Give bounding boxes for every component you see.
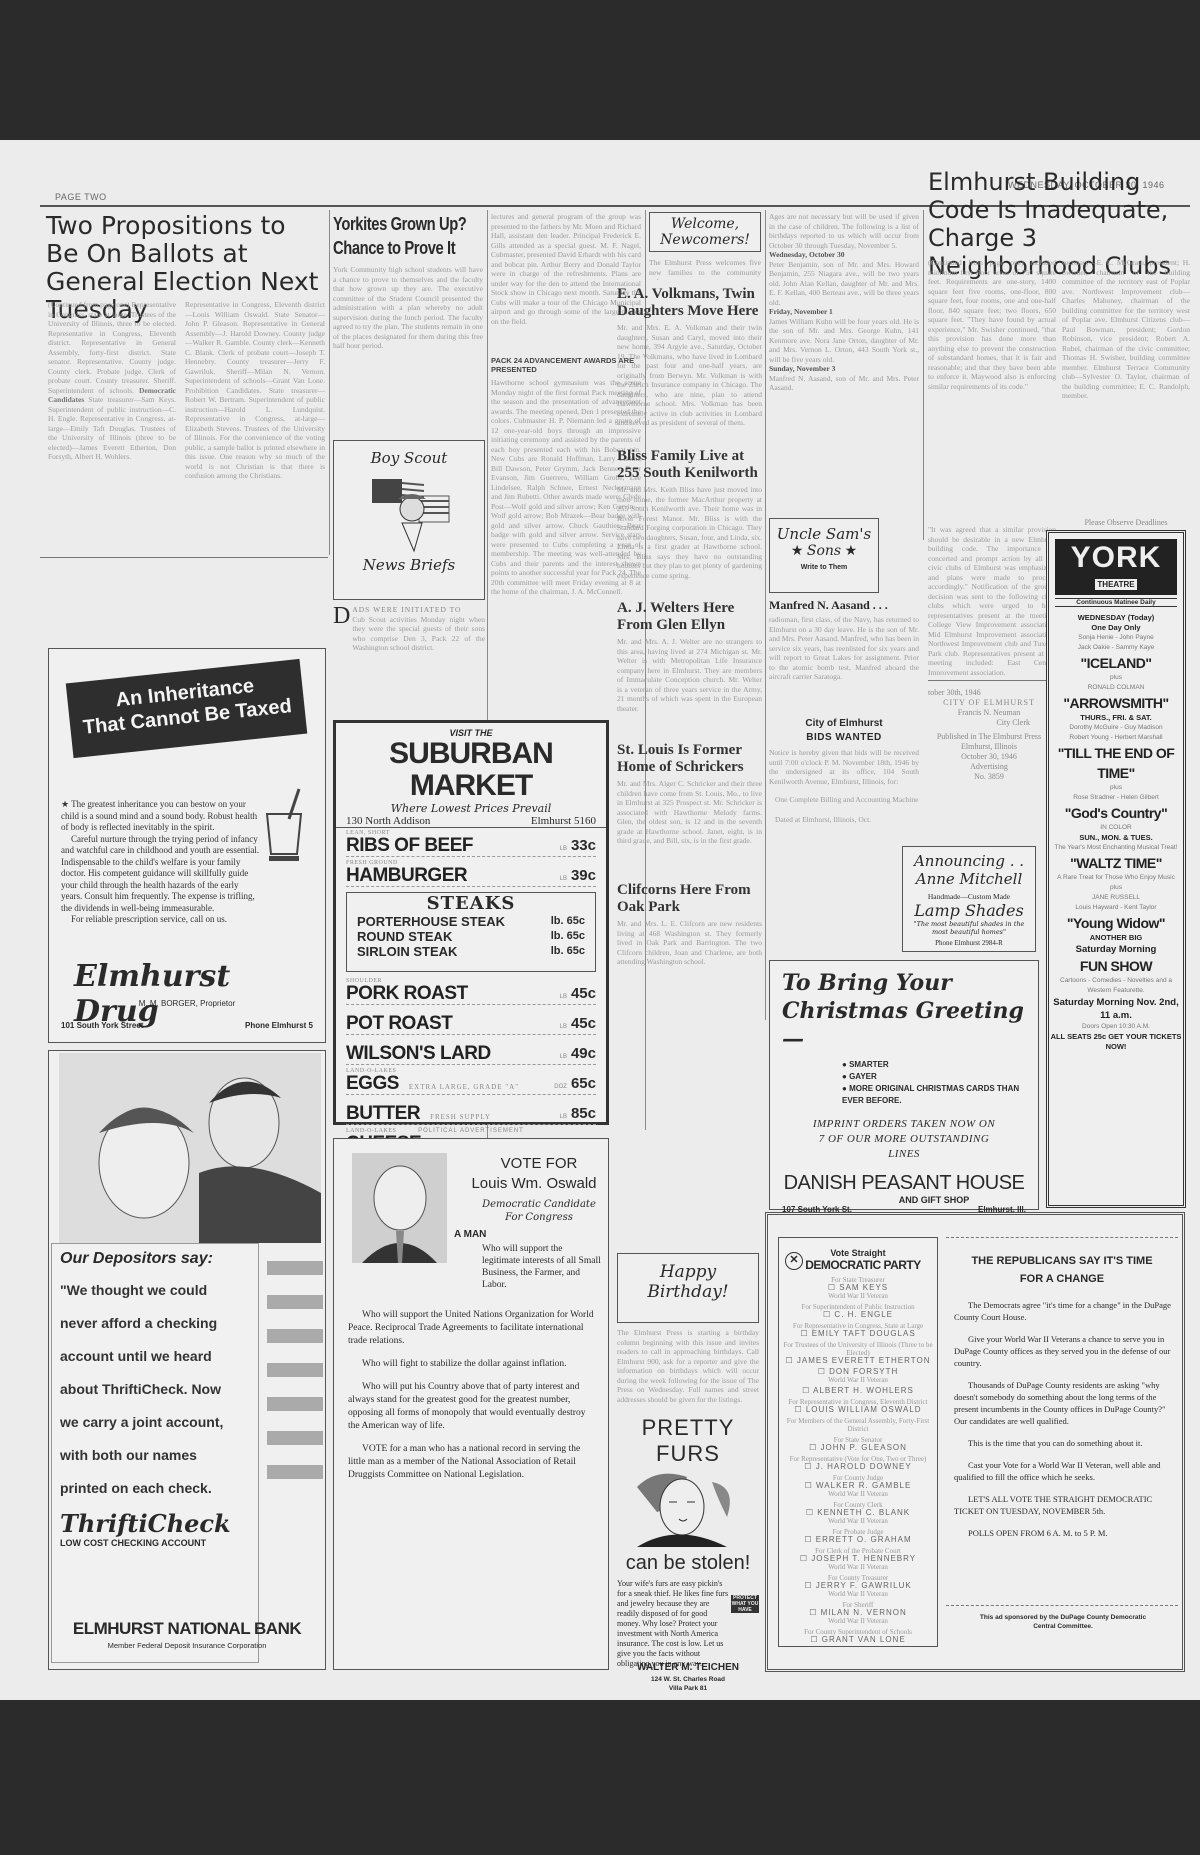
york-name: YORK: [1071, 541, 1162, 574]
page-label: PAGE TWO: [55, 192, 107, 202]
welcome-intro: The Elmhurst Press welcomes five new fam…: [649, 258, 761, 280]
bids-title: BIDS WANTED: [769, 732, 919, 743]
thrifticheck-logo: ThriftiCheck: [60, 1509, 250, 1538]
danish-imprint: IMPRINT ORDERS TAKEN NOW ON 7 OF OUR MOR…: [810, 1117, 998, 1162]
york-listing-line: "ARROWSMITH": [1049, 693, 1183, 713]
vote-straight: Vote Straight: [779, 1248, 937, 1258]
market-tagline: Where Lowest Prices Prevail: [336, 802, 606, 815]
york-listing-line: Louis Hayward - Kent Taylor: [1049, 903, 1183, 913]
ballot-x-circle-icon: ✕: [785, 1252, 803, 1270]
oswald-first: Who will support the legitimate interest…: [482, 1243, 602, 1291]
bullet-icon: ●: [842, 1072, 849, 1081]
market-item: WILSON'S LARDLB49c: [346, 1038, 596, 1065]
uncle-sam-body: radioman, first class, of the Navy, has …: [769, 615, 919, 710]
boy-scout-article: D ADS WERE INITIATED TO Cub Scout activi…: [333, 605, 485, 660]
oswald-office: For Congress: [474, 1212, 604, 1223]
danish-peasant-ad: To Bring Your Christmas Greeting — ● SMA…: [769, 960, 1039, 1210]
york-listing-line: plus: [1049, 673, 1183, 683]
york-listing-line: One Day Only: [1049, 623, 1183, 633]
propositions-body-col2: Representative in Congress, Eleventh dis…: [185, 300, 325, 555]
york-theatre-ad: YORK THEATRE Continuous Matinee Daily WE…: [1046, 530, 1186, 1208]
york-logo: YORK THEATRE: [1055, 539, 1177, 595]
york-listing-line: JANE RUSSELL: [1049, 893, 1183, 903]
inheritance-banner: An Inheritance That Cannot Be Taxed: [66, 659, 308, 758]
handmade: Handmade—Custom Made: [903, 892, 1035, 901]
political-ad-label: POLITICAL ADVERTISEMENT: [333, 1128, 609, 1134]
york-listing-line: "God's Country": [1049, 803, 1183, 823]
market-item: LEAN, SHORTRIBS OF BEEFLB33c: [346, 830, 596, 857]
furs-tagline: can be stolen!: [617, 1552, 759, 1575]
york-listing-line: "WALTZ TIME": [1049, 853, 1183, 873]
boy-scout-title: Boy Scout: [334, 449, 484, 467]
clifcorns-headline: Clifcorns Here From Oak Park: [617, 882, 767, 916]
york-listing-line: "TILL THE END OF TIME": [1049, 743, 1183, 783]
depositors-quote: "We thought we couldnever afford a check…: [60, 1274, 250, 1505]
ballot-entry: For Members of the General Assembly, For…: [779, 1417, 937, 1433]
birthdays-list: Ages are not necessary but will be used …: [769, 212, 919, 512]
boy-scout-box: Boy Scout News Briefs: [333, 440, 485, 600]
welcome-title: Welcome,: [650, 216, 760, 232]
drug-phone: Phone Elmhurst 5: [245, 1021, 313, 1030]
york-listing-line: Cartoons - Comedies - Novelties and a We…: [1049, 976, 1183, 996]
ballot-entries: For State Treasurer☐ SAM KEYSWorld War I…: [779, 1276, 937, 1644]
ballot-entry: For Representative (Vote for One, Two or…: [779, 1455, 937, 1471]
candidate-photo: [352, 1153, 447, 1263]
market-items: LEAN, SHORTRIBS OF BEEFLB33cFRESH GROUND…: [336, 828, 606, 1188]
propositions-body-col1: (Continued from page one) Representative…: [48, 300, 176, 555]
welters-body: Mr. and Mrs. A. J. Welter are no strange…: [617, 637, 762, 737]
york-listing-line: RONALD COLMAN: [1049, 683, 1183, 693]
republicans-head2: FOR A CHANGE: [946, 1273, 1178, 1285]
bliss-headline: Bliss Family Live at 255 South Kenilwort…: [617, 448, 767, 482]
steak-item: SIRLOIN STEAKlb. 65c: [347, 944, 595, 959]
section-rule: [40, 557, 328, 558]
welcome-subtitle: Newcomers!: [650, 232, 760, 248]
york-listing-line: The Year's Most Enchanting Musical Treat…: [1049, 843, 1183, 853]
uncle-sam-write: Write to Them: [770, 564, 878, 571]
ballot-entry: For Representative in Congress, Eleventh…: [779, 1398, 937, 1414]
republicans-head: THE REPUBLICANS SAY IT'S TIME: [946, 1255, 1178, 1267]
york-banner: Continuous Matinee Daily: [1055, 598, 1177, 607]
bank-name: ELMHURST NATIONAL BANK: [49, 1619, 325, 1639]
volkmans-body: Mr. and Mrs. E. A. Volkman and their twi…: [617, 323, 762, 443]
happy-birthday-body: The Elmhurst Press is starting a birthda…: [617, 1328, 759, 1408]
a-man: A MAN: [454, 1229, 486, 1240]
market-address: 130 North Addison: [346, 815, 430, 827]
york-listing-line: WEDNESDAY (Today): [1049, 613, 1183, 623]
york-listing-line: FUN SHOW: [1049, 956, 1183, 976]
ballot-entry: For County Treasurer☐ JERRY F. GAWRILUKW…: [779, 1574, 937, 1598]
steaks-box: STEAKSPORTERHOUSE STEAKlb. 65cROUND STEA…: [346, 892, 596, 972]
divider: [946, 1237, 1178, 1238]
york-listing-line: Saturday Morning Nov. 2nd, 11 a.m.: [1049, 996, 1183, 1022]
welcome-box: Welcome, Newcomers!: [649, 212, 761, 252]
market-address-row: 130 North AddisonElmhurst 5160: [336, 815, 606, 828]
bliss-body: Mr. and Mrs. Keith Bliss have just moved…: [617, 485, 762, 595]
deadlines-notice: Please Observe Deadlines: [1062, 518, 1190, 527]
pretty-furs-ad: PRETTY FURS can be stolen! Your wife's f…: [617, 1415, 759, 1655]
boy-scout-subtitle: News Briefs: [334, 556, 484, 574]
schrickers-headline: St. Louis Is Former Home of Schrickers: [617, 742, 767, 776]
scout-flag-illustration-icon: [364, 471, 454, 556]
market-name: SUBURBAN MARKET: [336, 738, 606, 802]
thrifticheck-tag: LOW COST CHECKING ACCOUNT: [60, 1538, 250, 1548]
york-listing-line: Dorothy McGuire - Guy Madison: [1049, 723, 1183, 733]
depositors-heading: Our Depositors say:: [60, 1250, 250, 1268]
volkmans-headline: E. A. Volkmans, Twin Daughters Move Here: [617, 286, 767, 320]
furs-agent: WALTER M. TEICHEN: [617, 1662, 759, 1673]
bids-item: One Complete Billing and Accounting Mach…: [775, 795, 920, 815]
york-listing-line: "ICELAND": [1049, 653, 1183, 673]
democratic-party-title: DEMOCRATIC PARTY: [789, 1258, 937, 1272]
christmas-headline: To Bring Your Christmas Greeting —: [782, 969, 1038, 1053]
furs-body: Your wife's furs are easy pickin's for a…: [617, 1579, 759, 1669]
anne-mitchell-ad: Announcing . . Anne Mitchell Handmade—Cu…: [902, 846, 1036, 952]
danish-bullets: ● SMARTER ● GAYER ● MORE ORIGINAL CHRIST…: [842, 1059, 1038, 1107]
york-listing-line: ANOTHER BIG: [1049, 933, 1183, 943]
uncle-sam-subtitle-row: ★ Sons ★: [770, 543, 878, 560]
fdic-member: Member Federal Deposit Insurance Corpora…: [89, 1641, 285, 1650]
inheritance-ad: An Inheritance That Cannot Be Taxed ★ Th…: [48, 648, 326, 1043]
market-item: BUTTERFRESH SUPPLYLB85c: [346, 1098, 596, 1125]
star-icon: ★: [791, 544, 807, 559]
ballot-entry: For State Treasurer☐ SAM KEYSWorld War I…: [779, 1276, 937, 1300]
york-sub: THEATRE: [1095, 579, 1136, 590]
suburban-market-ad: VISIT THE SUBURBAN MARKET Where Lowest P…: [333, 720, 609, 1125]
building-code-body-col1: (Continued from page one) included minim…: [928, 258, 1056, 518]
market-item: FRESH GROUNDHAMBURGERLB39c: [346, 860, 596, 887]
ballot-entry: ☐ ALBERT H. WOHLERS: [779, 1387, 937, 1395]
ballot-entry: ☐ DON FORSYTHWorld War II Veteran: [779, 1368, 937, 1384]
drug-address: 101 South York Street: [61, 1021, 143, 1030]
uncle-sams-sons-box: Uncle Sam's ★ Sons ★ Write to Them: [769, 518, 879, 593]
market-item: SHOULDERPORK ROASTLB45c: [346, 978, 596, 1005]
happy-birthday-box: Happy Birthday!: [617, 1253, 759, 1323]
ballot-entry: For Trustees of the University of Illino…: [779, 1341, 937, 1365]
bids-dated: Dated at Elmhurst, Illinois, Oct.: [775, 815, 920, 825]
divider: [946, 1605, 1178, 1606]
elmhurst-drug-logo: Elmhurst Drug: [74, 959, 325, 1029]
oswald-ad: VOTE FOR Louis Wm. Oswald Democratic Can…: [333, 1138, 609, 1670]
star-icon: ★: [841, 544, 857, 559]
ballot-entry: For Probate Judge☐ ERRETT O. GRAHAM: [779, 1528, 937, 1544]
newspaper-page: PAGE TWO WEDNESDAY, OCTOBER 30, 1946 Two…: [0, 140, 1200, 1700]
market-phone: Elmhurst 5160: [531, 815, 596, 827]
market-item: POT ROASTLB45c: [346, 1008, 596, 1035]
woman-in-furs-illustration-icon: [617, 1467, 757, 1547]
york-listings: WEDNESDAY (Today)One Day OnlySonja Henie…: [1049, 613, 1183, 1052]
building-code-body-col2: secretary—E. L. McGrath, president; H. S…: [1062, 258, 1190, 518]
york-listing-line: IN COLOR: [1049, 823, 1183, 833]
inheritance-body: ★ The greatest inheritance you can besto…: [61, 799, 261, 926]
birthday: Birthday!: [618, 1282, 758, 1302]
bullet-icon: ●: [842, 1060, 849, 1069]
sample-ballot: ✕ Vote Straight DEMOCRATIC PARTY For Sta…: [778, 1237, 938, 1647]
mortar-pestle-icon: [259, 784, 309, 874]
ballot-entry: For Superintendent of Public Instruction…: [779, 1303, 937, 1319]
schrickers-body: Mr. and Mrs. Alger C. Schricker and thei…: [617, 779, 762, 879]
bids-city: City of Elmhurst: [769, 718, 919, 729]
york-listing-line: A Rare Treat for Those Who Enjoy Music: [1049, 873, 1183, 883]
couple-photo: [59, 1053, 321, 1243]
yorkites-body: York Community high school students will…: [333, 265, 483, 430]
legal-notice: tober 30th, 1946 CITY OF ELMHURST Franci…: [928, 688, 1050, 782]
clifcorns-body: Mr. and Mrs. L. E. Clifcorn are new resi…: [617, 919, 762, 987]
ballot-entry: For Clerk of the Probate Court☐ JOSEPH T…: [779, 1547, 937, 1571]
york-listing-line: plus: [1049, 783, 1183, 793]
danish-sub: AND GIFT SHOP: [830, 1195, 1038, 1205]
york-listing-line: ALL SEATS 25c GET YOUR TICKETS NOW!: [1049, 1032, 1183, 1052]
york-listing-line: Sonja Henie - John Payne: [1049, 633, 1183, 643]
york-listing-line: SUN., MON. & TUES.: [1049, 833, 1183, 843]
bids-body: Notice is hereby given that bids will be…: [769, 748, 919, 793]
ballot-entry: For State Senator☐ JOHN P. GLEASON: [779, 1436, 937, 1452]
steak-item: PORTERHOUSE STEAKlb. 65c: [347, 914, 595, 929]
column-rule: [923, 210, 924, 540]
democratic-body: The Democrats agree "it's time for a cha…: [954, 1299, 1172, 1539]
ballot-entry: For County Judge☐ WALKER R. GAMBLEWorld …: [779, 1474, 937, 1498]
anne-mitchell-quote: "The most beautiful shades in the most b…: [903, 920, 1035, 936]
democratic-sponsor: This ad sponsored by the DuPage County D…: [968, 1613, 1158, 1631]
welters-headline: A. J. Welters Here From Glen Ellyn: [617, 600, 767, 634]
oswald-body: Who will support the United Nations Orga…: [348, 1309, 598, 1482]
building-code-body-col3: "It was agreed that a similar provision …: [928, 525, 1056, 675]
oswald-name: Louis Wm. Oswald: [459, 1175, 609, 1192]
section-rule: [928, 680, 1050, 681]
oswald-role: Democratic Candidate: [474, 1199, 604, 1210]
ballot-entry: For County Superintendent of Schools☐ GR…: [779, 1628, 937, 1644]
announcing: Announcing . .: [903, 852, 1035, 870]
york-listing-line: Rose Stradner - Helen Gilbert: [1049, 793, 1183, 803]
protect-badge-icon: PROTECT WHAT YOU HAVE: [731, 1595, 759, 1613]
steak-item: ROUND STEAKlb. 65c: [347, 929, 595, 944]
uncle-sam-lead: Manfred N. Aasand . . .: [769, 598, 919, 613]
furs-headline: PRETTY FURS: [617, 1415, 759, 1467]
ballot-entry: For Sheriff☐ MILAN N. VERNONWorld War II…: [779, 1601, 937, 1625]
ballot-entry: For Representative in Congress, State at…: [779, 1322, 937, 1338]
anne-mitchell-phone: Phone Elmhurst 2984-R: [903, 939, 1035, 947]
depositors-quote-panel: Our Depositors say: "We thought we could…: [51, 1243, 259, 1663]
york-listing-line: THURS., FRI. & SAT.: [1049, 713, 1183, 723]
danish-name: DANISH PEASANT HOUSE: [770, 1172, 1038, 1195]
uncle-sam-title: Uncle Sam's: [770, 525, 878, 543]
ballot-entry: For County Clerk☐ KENNETH C. BLANKWorld …: [779, 1501, 937, 1525]
proprietor: M. M. BORGER, Proprietor: [49, 999, 325, 1008]
elmhurst-bank-ad: Our Depositors say: "We thought we could…: [48, 1050, 326, 1670]
york-listing-line: Robert Young - Herbert Marshall: [1049, 733, 1183, 743]
column-rule: [329, 210, 330, 555]
york-listing-line: Saturday Morning: [1049, 943, 1183, 956]
york-listing-line: plus: [1049, 883, 1183, 893]
anne-mitchell-name: Anne Mitchell: [903, 870, 1035, 888]
market-item: LAND-O-LAKESEGGSEXTRA LARGE, GRADE "A"DO…: [346, 1068, 596, 1095]
yorkites-headline: Yorkites Grown Up? Chance to Prove It: [333, 212, 489, 260]
check-stack-icon: [267, 1261, 323, 1499]
lamp-shades: Lamp Shades: [903, 901, 1035, 920]
furs-address-1: 124 W. St. Charles Road: [617, 1676, 759, 1683]
furs-address-2: Villa Park 81: [617, 1685, 759, 1692]
happy: Happy: [618, 1262, 758, 1282]
democratic-ad: ✕ Vote Straight DEMOCRATIC PARTY For Sta…: [765, 1212, 1185, 1672]
york-listing-line: Doors Open 10:30 A.M.: [1049, 1022, 1183, 1032]
york-listing-line: Jack Oakie - Sammy Kaye: [1049, 643, 1183, 653]
york-listing-line: "Young Widow": [1049, 913, 1183, 933]
vote-for: VOTE FOR: [474, 1155, 604, 1172]
bullet-icon: ●: [842, 1084, 849, 1093]
